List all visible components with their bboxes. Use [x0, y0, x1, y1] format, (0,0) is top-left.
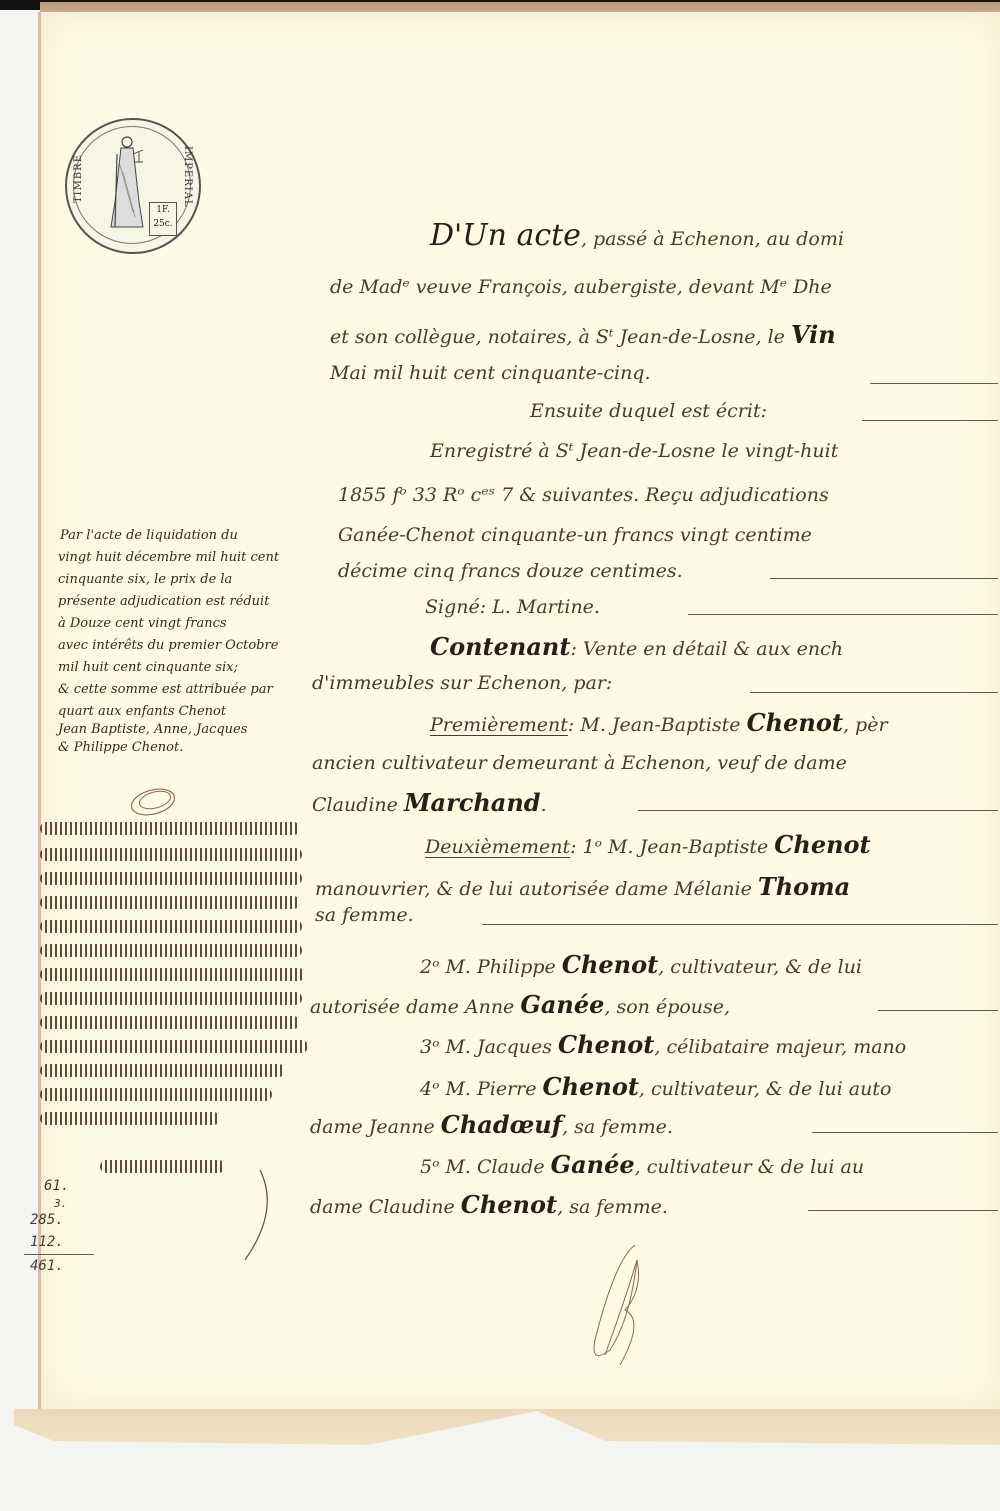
scribble-line — [40, 872, 302, 885]
line-text: Claudine — [312, 794, 404, 816]
line-rule — [808, 1210, 998, 1211]
surname: Ganée — [551, 1150, 635, 1179]
margin-line: cinquante six, le prix de la — [58, 572, 232, 587]
body-line-15: Claudine Marchand. — [312, 788, 547, 817]
margin-line: Jean Baptiste, Anne, Jacques — [58, 722, 247, 737]
body-line-16: Deuxièmement: 1ᵒ M. Jean-Baptiste Chenot — [425, 830, 871, 859]
body-line-8: Ganée-Chenot cinquante-un francs vingt c… — [338, 524, 812, 546]
body-line-5: Ensuite duquel est écrit: — [530, 400, 767, 422]
surname: Marchand — [404, 788, 541, 817]
body-line-20: autorisée dame Anne Ganée, son épouse, — [310, 990, 730, 1019]
body-line-7: 1855 fᵒ 33 Rᵒ cᵉˢ 7 & suivantes. Reçu ad… — [338, 484, 829, 506]
line-text: , célibataire majeur, mano — [654, 1036, 906, 1058]
surname: Chenot — [562, 950, 658, 979]
line-rule — [812, 1132, 998, 1133]
margin-line: Par l'acte de liquidation du — [60, 528, 238, 543]
scribble-line — [40, 920, 302, 933]
scribble-line — [40, 822, 300, 835]
body-line-10: Signé: L. Martine. — [425, 596, 600, 618]
line-rule — [750, 692, 998, 693]
figure-row: 112. — [30, 1234, 64, 1250]
surname: Chenot — [558, 1030, 654, 1059]
body-line-21: 3ᵒ M. Jacques Chenot, célibataire majeur… — [420, 1030, 906, 1059]
stamp-value-cents: 25c. — [150, 217, 176, 231]
body-line-9: décime cinq francs douze centimes. — [338, 560, 683, 582]
body-line-3: et son collègue, notaires, à Sᵗ Jean-de-… — [330, 320, 836, 349]
body-line-17: manouvrier, & de lui autorisée dame Méla… — [315, 872, 850, 901]
sum-rule — [24, 1254, 94, 1255]
margin-line: avec intérêts du premier Octobre — [58, 638, 278, 653]
body-line-14: ancien cultivateur demeurant à Echenon, … — [312, 752, 847, 774]
stamp-right-text: IMPERIAL — [182, 146, 193, 208]
line-text: , son épouse, — [604, 996, 730, 1018]
line-text: . — [541, 794, 547, 816]
paper-bottom-fold — [14, 1409, 1000, 1449]
surname: Ganée — [520, 990, 604, 1019]
line-text: : M. Jean-Baptiste — [568, 714, 747, 736]
line-text: , cultivateur & de lui au — [635, 1156, 864, 1178]
margin-line: & cette somme est attribuée par — [58, 682, 273, 697]
line-text: , cultivateur, & de lui — [658, 956, 862, 978]
stamp-value: 1F. 25c. — [149, 202, 177, 236]
line-text: , passé à Echenon, au domi — [581, 228, 844, 250]
line-rule — [482, 924, 998, 925]
heading-deuxiemement: Deuxièmement — [425, 836, 570, 858]
scribble-line — [40, 1016, 300, 1029]
figure-row: 61. — [44, 1178, 69, 1194]
line-rule — [870, 383, 998, 384]
bottom-paraph-icon — [585, 1240, 655, 1370]
stamp-left-text: TIMBRE — [73, 154, 84, 203]
line-text: manouvrier, & de lui autorisée dame Méla… — [315, 878, 758, 900]
margin-line: présente adjudication est réduit — [58, 594, 269, 609]
line-rule — [688, 614, 998, 615]
body-line-13: Premièrement: M. Jean-Baptiste Chenot, p… — [430, 708, 888, 737]
figure-total: 461. — [30, 1258, 64, 1274]
body-line-25: dame Claudine Chenot, sa femme. — [310, 1190, 668, 1219]
line-rule — [878, 1010, 998, 1011]
signature-flourish-icon — [150, 1150, 290, 1270]
body-line-12: d'immeubles sur Echenon, par: — [312, 672, 612, 694]
line-rule — [638, 810, 998, 811]
line-text: , cultivateur, & de lui auto — [639, 1078, 891, 1100]
line-text: , pèr — [843, 714, 888, 736]
surname: Chenot — [543, 1072, 639, 1101]
figure-row: 285. — [30, 1212, 64, 1228]
body-line-2: de Madᵉ veuve François, aubergiste, deva… — [330, 276, 832, 298]
line-text: : 1ᵒ M. Jean-Baptiste — [570, 836, 774, 858]
line-text: autorisée dame Anne — [310, 996, 520, 1018]
body-line-6: Enregistré à Sᵗ Jean-de-Losne le vingt-h… — [430, 440, 838, 462]
body-line-19: 2ᵒ M. Philippe Chenot, cultivateur, & de… — [420, 950, 862, 979]
line-text: 3ᵒ M. Jacques — [420, 1036, 558, 1058]
line-text: , sa femme. — [562, 1116, 673, 1138]
margin-line: à Douze cent vingt francs — [58, 616, 227, 631]
margin-line: vingt huit décembre mil huit cent — [58, 550, 279, 565]
scribble-line — [40, 1112, 220, 1125]
line-text: , sa femme. — [557, 1196, 668, 1218]
surname: Chenot — [747, 708, 843, 737]
section-heading-contenant: Contenant — [430, 632, 570, 661]
body-line-18: sa femme. — [315, 904, 414, 926]
date-word: Vin — [791, 320, 836, 349]
margin-line: quart aux enfants Chenot — [58, 704, 226, 719]
scribble-line — [40, 1088, 272, 1101]
scribble-line — [40, 896, 300, 909]
line-text: 2ᵒ M. Philippe — [420, 956, 562, 978]
scribble-line — [40, 848, 302, 861]
body-line-4: Mai mil huit cent cinquante-cinq. — [330, 362, 651, 384]
scribble-line — [40, 944, 302, 957]
body-line-22: 4ᵒ M. Pierre Chenot, cultivateur, & de l… — [420, 1072, 891, 1101]
justice-figure-icon — [103, 132, 147, 232]
line-text: dame Jeanne — [310, 1116, 441, 1138]
line-text: 4ᵒ M. Pierre — [420, 1078, 543, 1100]
imperial-stamp: TIMBRE IMPERIAL 1F. 25c. — [65, 118, 201, 254]
surname: Chenot — [774, 830, 870, 859]
heading-premierement: Premièrement — [430, 714, 568, 736]
surname: Thoma — [758, 872, 850, 901]
surname: Chadœuf — [441, 1110, 562, 1139]
body-line-23: dame Jeanne Chadœuf, sa femme. — [310, 1110, 673, 1139]
scribble-line — [40, 1064, 285, 1077]
line-text: dame Claudine — [310, 1196, 461, 1218]
line-text: : Vente en détail & aux ench — [570, 638, 843, 660]
stamp-value-francs: 1F. — [150, 203, 176, 217]
scribble-line — [40, 992, 302, 1005]
body-line-24: 5ᵒ M. Claude Ganée, cultivateur & de lui… — [420, 1150, 864, 1179]
body-line-1: D'Un acte, passé à Echenon, au domi — [430, 218, 844, 253]
surname: Chenot — [461, 1190, 557, 1219]
scribble-line — [40, 1040, 308, 1053]
margin-line: mil huit cent cinquante six; — [58, 660, 238, 675]
figure-row: 3. — [54, 1197, 67, 1210]
line-text: et son collègue, notaires, à Sᵗ Jean-de-… — [330, 326, 791, 348]
margin-line: & Philippe Chenot. — [58, 740, 183, 755]
body-line-11: Contenant: Vente en détail & aux ench — [430, 632, 843, 661]
line-rule — [862, 420, 998, 421]
scribble-line — [40, 968, 305, 981]
opening-words: D'Un acte — [430, 218, 581, 253]
line-text: 5ᵒ M. Claude — [420, 1156, 551, 1178]
line-rule — [770, 578, 998, 579]
